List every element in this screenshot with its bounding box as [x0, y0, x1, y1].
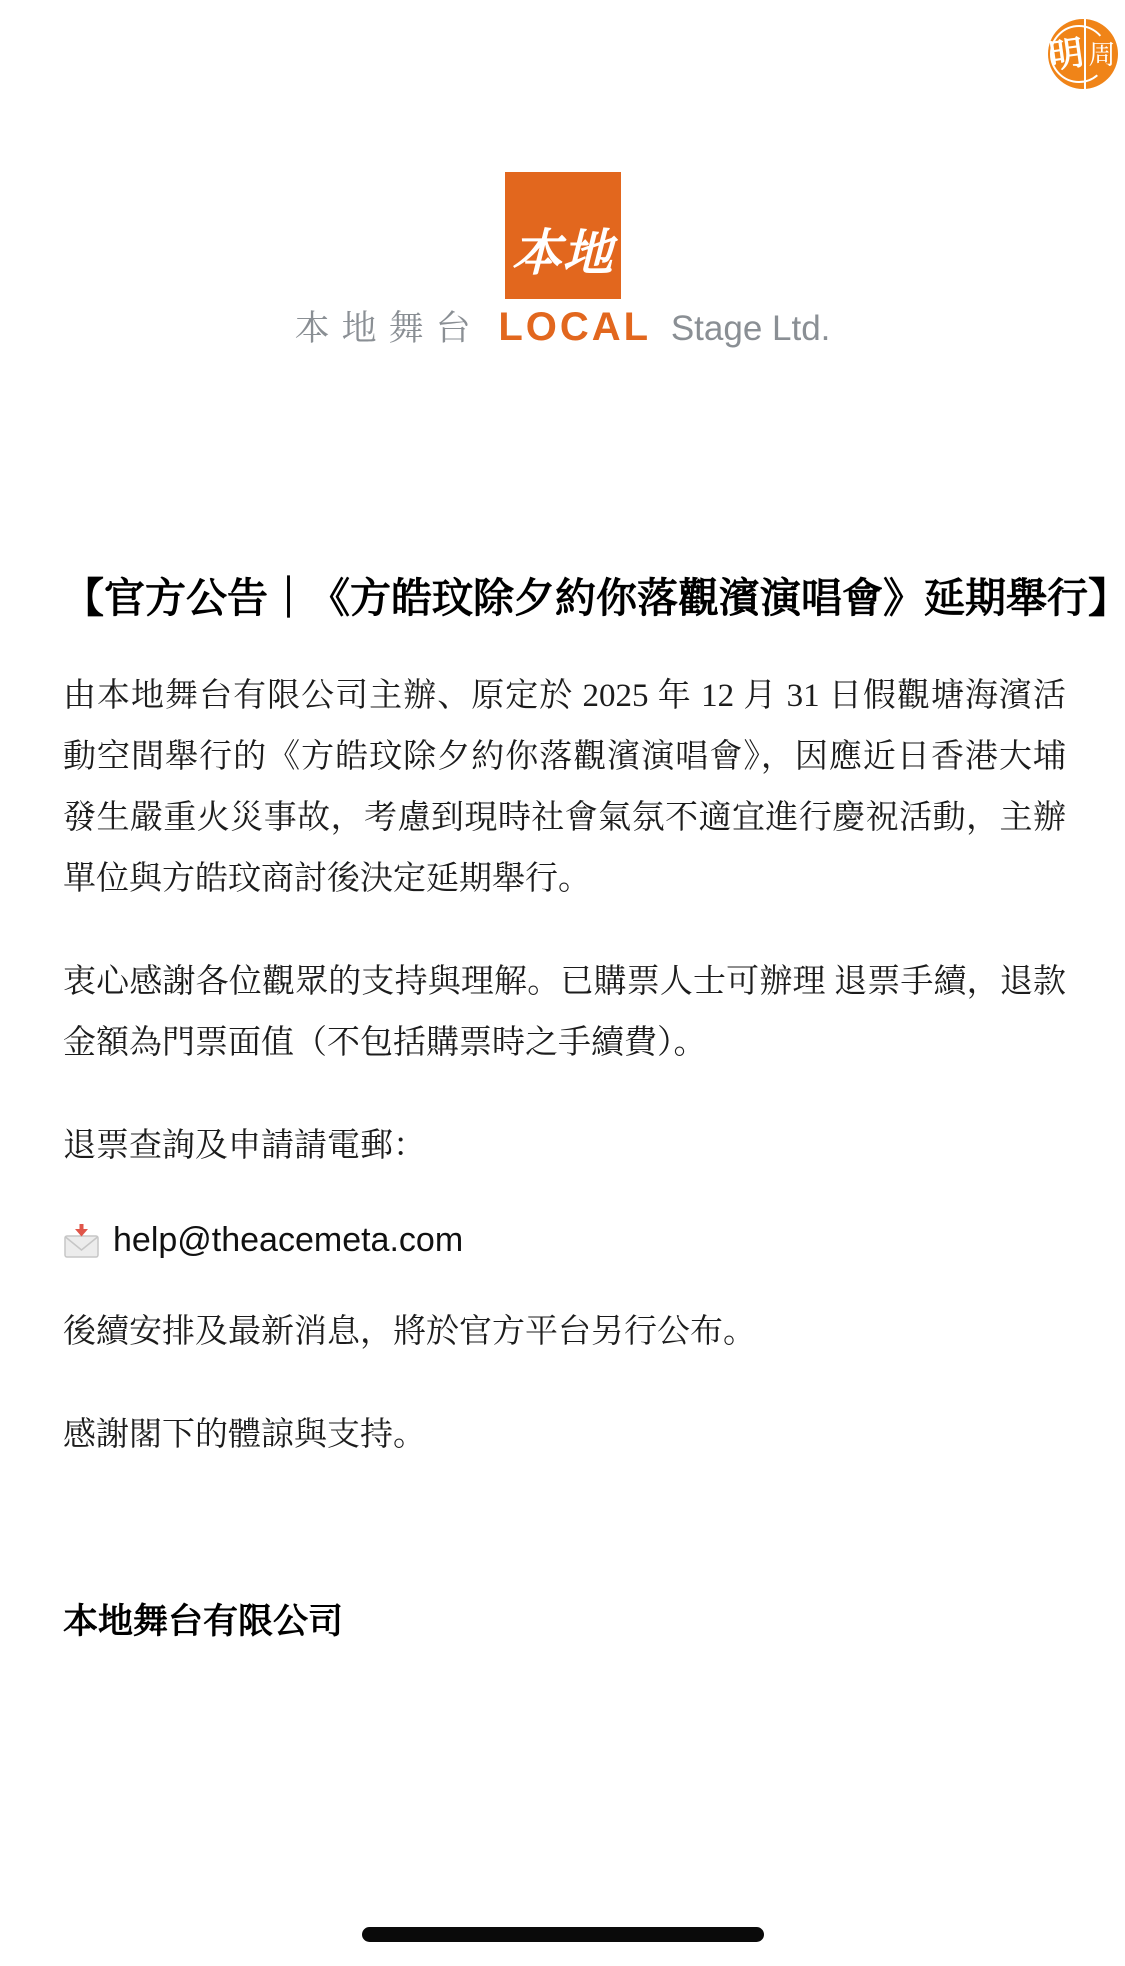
- brand-caption-local-wordmark: LOCAL: [498, 305, 651, 349]
- brand-caption: 本地舞台 LOCAL Stage Ltd.: [0, 301, 1125, 351]
- paragraph-further-updates: 後續安排及最新消息，將於官方平台另行公布。: [63, 1302, 1066, 1363]
- paragraph-thanks: 感謝閣下的體諒與支持。: [63, 1405, 1066, 1466]
- brand-caption-english: Stage Ltd.: [671, 309, 831, 348]
- brand-logo-block: 本地 本地舞台 LOCAL Stage Ltd.: [0, 0, 1125, 351]
- announcement-content: 【官方公告｜《方皓玟除夕約你落觀濱演唱會》延期舉行】 由本地舞台有限公司主辦、原…: [0, 565, 1125, 1644]
- email-row: help@theacemeta.com: [63, 1221, 1066, 1260]
- paragraph-refund-info: 衷心感謝各位觀眾的支持與理解。已購票人士可辦理 退票手續，退款金額為門票面值（不…: [63, 952, 1066, 1074]
- envelope-with-arrow-icon: [63, 1224, 101, 1258]
- company-signature: 本地舞台有限公司: [63, 1594, 1066, 1644]
- announcement-page: 明 周 本地 本地舞台 LOCAL Stage Ltd. 【官方公告｜《方皓玟除…: [0, 0, 1125, 1966]
- brand-logo-square: 本地: [505, 172, 621, 299]
- badge-char-right: 周: [1089, 40, 1116, 70]
- brand-caption-chinese: 本地舞台: [295, 309, 483, 348]
- mingpao-weekly-logo-icon: 明 周: [1047, 18, 1119, 90]
- home-indicator-bar[interactable]: [362, 1927, 764, 1942]
- badge-char-left: 明: [1047, 34, 1086, 76]
- announcement-title: 【官方公告｜《方皓玟除夕約你落觀濱演唱會》延期舉行】: [63, 565, 1066, 624]
- refund-email-link[interactable]: help@theacemeta.com: [113, 1221, 463, 1260]
- paragraph-refund-contact-intro: 退票查詢及申請請電郵：: [63, 1116, 1066, 1177]
- mingpao-weekly-badge: 明 周: [1047, 18, 1119, 90]
- brand-square-text: 本地: [505, 213, 621, 285]
- paragraph-postponement-details: 由本地舞台有限公司主辦、原定於 2025 年 12 月 31 日假觀塘海濱活動空…: [63, 666, 1066, 910]
